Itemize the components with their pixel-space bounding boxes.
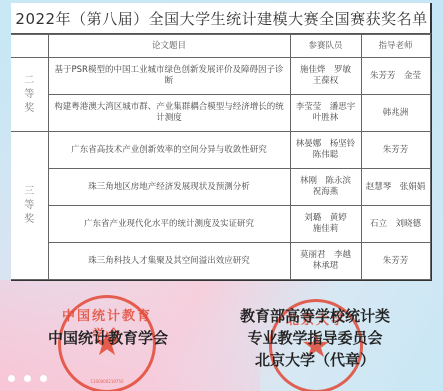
award-table: 论文题目 参赛队员 指导老师 二等奖 基于PSR模型的中国工业城市绿色创新发展评… [11, 34, 431, 280]
paper-title: 基于PSR模型的中国工业城市绿色创新发展评价及障碍因子诊断 [48, 58, 290, 95]
table-row: 珠三角地区房地产经济发展现状及预测分析 林刚 陈永滨祝海燕 赵慧琴 张娟娟 [11, 169, 430, 206]
team-members-text: 施佳烨 罗敏王葆权 [300, 65, 351, 86]
seal-number: 1100000219750 [61, 379, 153, 384]
header-award [11, 35, 48, 58]
org-name-left: 中国统计教育学会 [43, 327, 173, 348]
award-label: 三等奖 [24, 186, 34, 225]
team-members: 刘璐 黄婷施佳莉 [290, 206, 361, 243]
advisors: 朱芳芳 [361, 243, 430, 280]
table-row: 三等奖 广东省高技术产业创新效率的空间分异与收敛性研究 林晏娜 杨坚铃陈伟聪 朱… [11, 132, 430, 169]
team-members-text: 李莹莹 潘思宇叶胜林 [296, 102, 356, 123]
pagination-dot[interactable] [8, 375, 15, 382]
paper-title: 珠三角地区房地产经济发展现状及预测分析 [48, 169, 290, 206]
pagination-dot[interactable] [40, 375, 47, 382]
org-line: 北京大学（代章） [225, 349, 405, 371]
org-line: 专业教学指导委员会 [225, 327, 405, 349]
paper-title: 构建粤港澳大湾区城市群、产业集群耦合模型与经济增长的统计测度 [48, 95, 290, 132]
org-name-right: 教育部高等学校统计类 专业教学指导委员会 北京大学（代章） [225, 305, 405, 371]
carousel-pagination[interactable] [8, 375, 47, 382]
team-members: 林晏娜 杨坚铃陈伟聪 [290, 132, 361, 169]
table-row: 珠三角科技人才集聚及其空间溢出效应研究 莫丽君 李越林承珺 朱芳芳 [11, 243, 430, 280]
advisors: 朱芳芳 [361, 132, 430, 169]
table-header-row: 论文题目 参赛队员 指导老师 [11, 35, 430, 58]
team-members-text: 林刚 陈永滨祝海燕 [300, 176, 351, 197]
header-paper-title: 论文题目 [48, 35, 290, 58]
paper-title: 广东省产业现代化水平的统计测度及实证研究 [48, 206, 290, 243]
team-members: 施佳烨 罗敏王葆权 [290, 58, 361, 95]
award-third-prize: 三等奖 [11, 132, 48, 280]
team-members: 李莹莹 潘思宇叶胜林 [290, 95, 361, 132]
team-members: 林刚 陈永滨祝海燕 [290, 169, 361, 206]
table-row: 二等奖 基于PSR模型的中国工业城市绿色创新发展评价及障碍因子诊断 施佳烨 罗敏… [11, 58, 430, 95]
team-members-text: 林晏娜 杨坚铃陈伟聪 [296, 139, 356, 160]
advisors: 韩兆洲 [361, 95, 430, 132]
award-second-prize: 二等奖 [11, 58, 48, 132]
table-row: 广东省产业现代化水平的统计测度及实证研究 刘璐 黄婷施佳莉 石立 刘晓德 [11, 206, 430, 243]
signature-footer: 中国统计教育学会 ★ 1100000219750 北京大学 ★ 中国统计教育学会… [0, 281, 443, 391]
paper-title: 珠三角科技人才集聚及其空间溢出效应研究 [48, 243, 290, 280]
paper-title: 广东省高技术产业创新效率的空间分异与收敛性研究 [48, 132, 290, 169]
header-advisors: 指导老师 [361, 35, 430, 58]
team-members: 莫丽君 李越林承珺 [290, 243, 361, 280]
award-label: 二等奖 [24, 75, 34, 114]
document-title: 2022年（第八届）全国大学生统计建模大赛全国赛获奖名单 [11, 3, 432, 34]
pagination-dot[interactable] [24, 375, 31, 382]
table-row: 构建粤港澳大湾区城市群、产业集群耦合模型与经济增长的统计测度 李莹莹 潘思宇叶胜… [11, 95, 430, 132]
header-members: 参赛队员 [290, 35, 361, 58]
org-line: 教育部高等学校统计类 [225, 305, 405, 327]
team-members-text: 刘璐 黄婷施佳莉 [304, 213, 347, 234]
advisors: 朱芳芳 金莹 [361, 58, 430, 95]
advisors: 石立 刘晓德 [361, 206, 430, 243]
award-list-document: 2022年（第八届）全国大学生统计建模大赛全国赛获奖名单 论文题目 参赛队员 指… [11, 3, 432, 281]
team-members-text: 莫丽君 李越林承珺 [300, 250, 351, 271]
advisors: 赵慧琴 张娟娟 [361, 169, 430, 206]
